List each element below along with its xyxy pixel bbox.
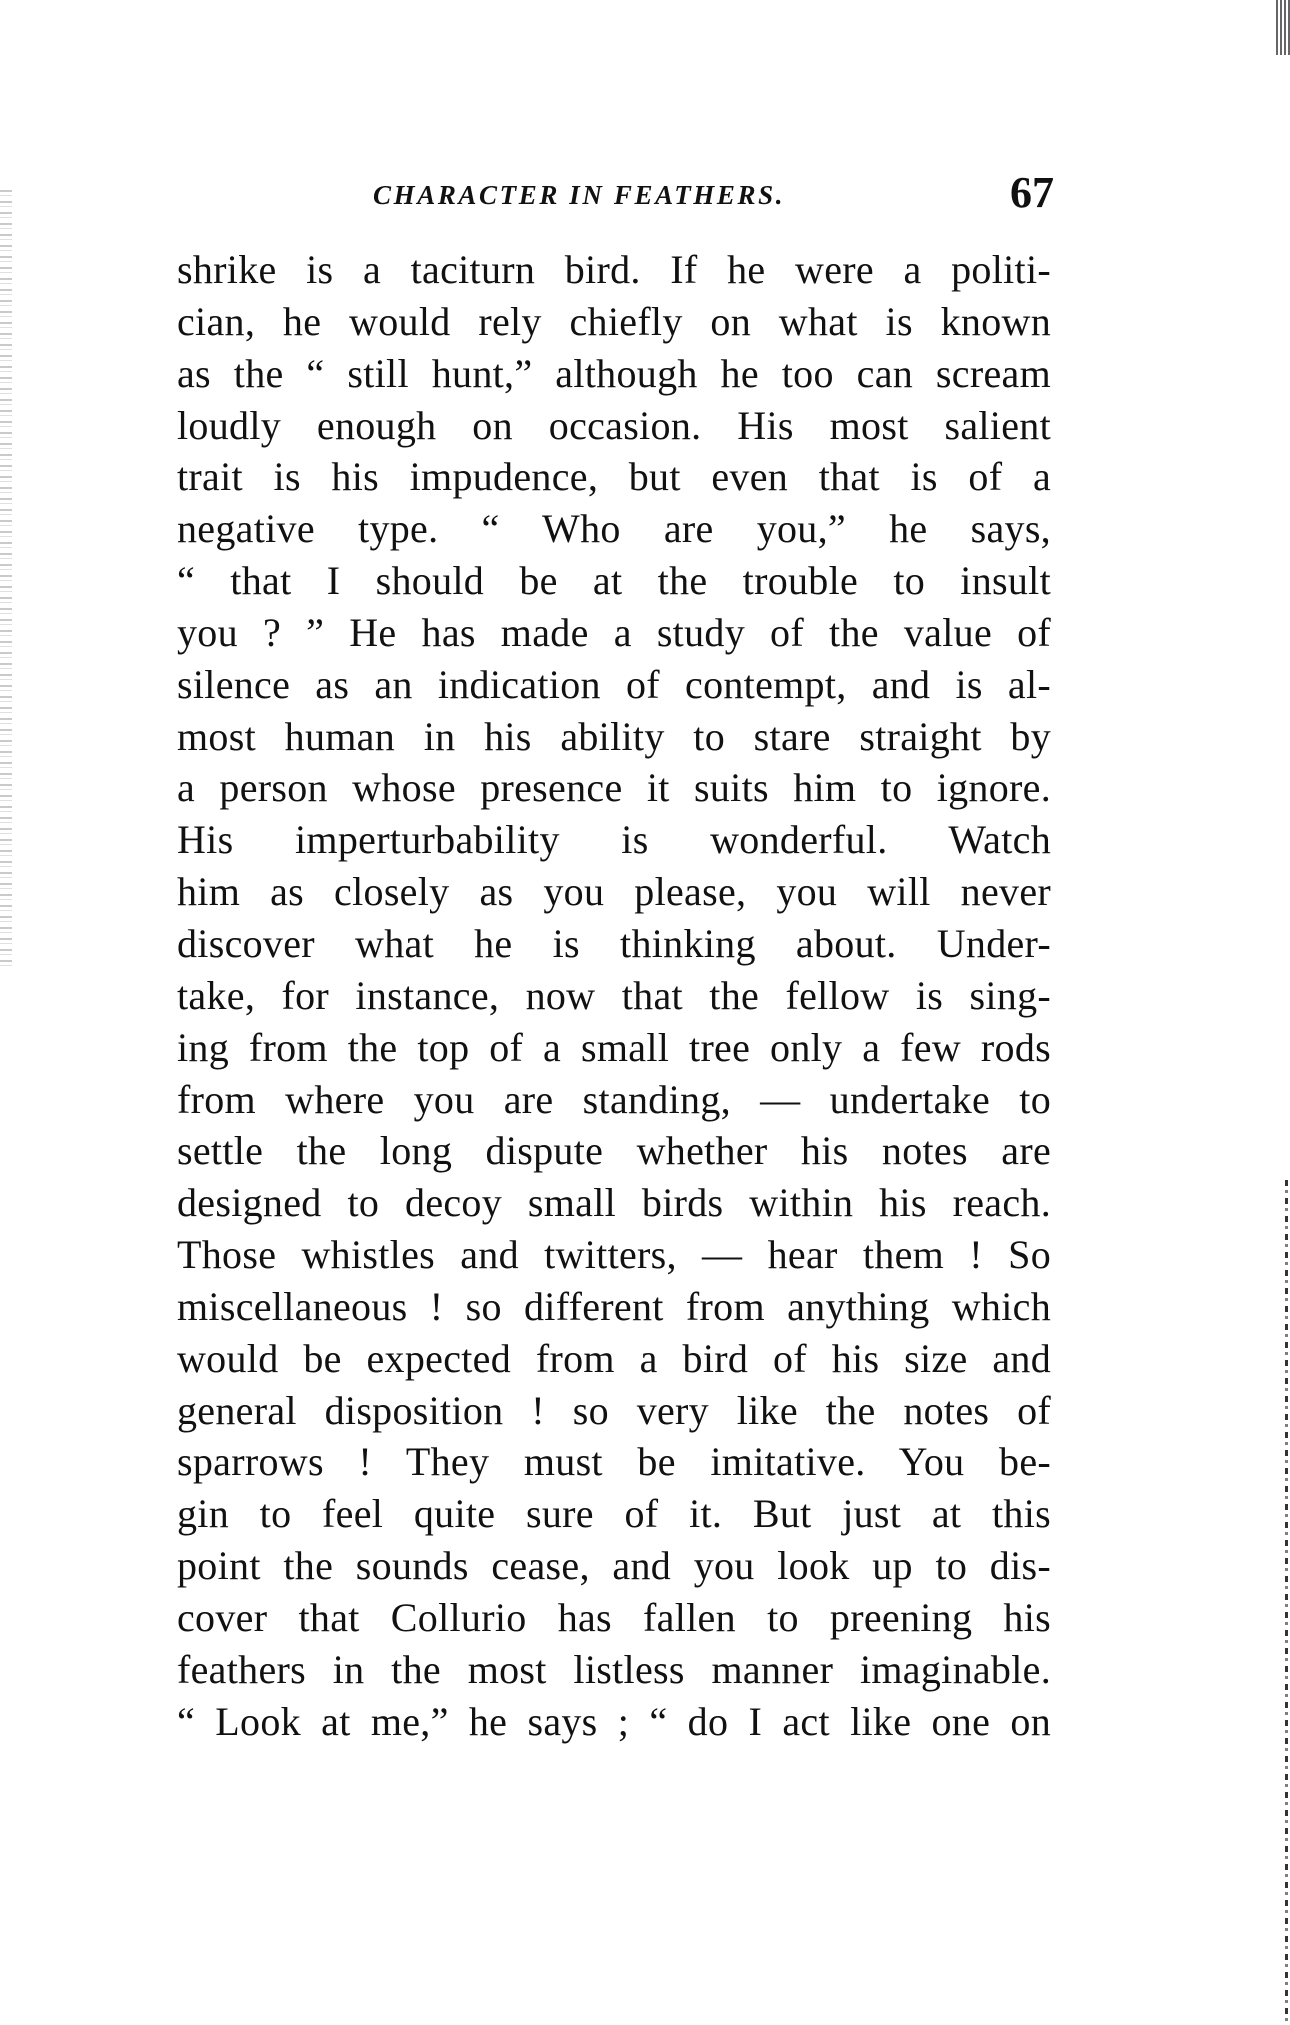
- text-line: most human in his ability to stare strai…: [177, 711, 1051, 763]
- text-line: would be expected from a bird of his siz…: [177, 1333, 1051, 1385]
- text-line: gin to feel quite sure of it. But just a…: [177, 1488, 1051, 1540]
- page-number: 67: [1004, 170, 1054, 216]
- text-line: point the sounds cease, and you look up …: [177, 1540, 1051, 1592]
- scan-edge-artifact-right: [1285, 1180, 1288, 2025]
- book-page: CHARACTER IN FEATHERS. 67 shrike is a ta…: [0, 0, 1290, 2025]
- scan-edge-artifact-top-right: [1276, 0, 1290, 55]
- text-line: loudly enough on occasion. His most sali…: [177, 400, 1051, 452]
- text-line: you ? ” He has made a study of the value…: [177, 607, 1051, 659]
- text-line: a person whose presence it suits him to …: [177, 762, 1051, 814]
- text-line: trait is his impudence, but even that is…: [177, 451, 1051, 503]
- text-line: “ Look at me,” he says ; “ do I act like…: [177, 1696, 1051, 1748]
- text-line: sparrows ! They must be imitative. You b…: [177, 1436, 1051, 1488]
- text-line: “ that I should be at the trouble to ins…: [177, 555, 1051, 607]
- text-line: settle the long dispute whether his note…: [177, 1125, 1051, 1177]
- text-line: His imperturbability is wonderful. Watch: [177, 814, 1051, 866]
- text-line: Those whistles and twitters, — hear them…: [177, 1229, 1051, 1281]
- body-text: shrike is a taciturn bird. If he were a …: [177, 244, 1051, 1747]
- scan-edge-artifact-left: [0, 190, 12, 970]
- text-line: shrike is a taciturn bird. If he were a …: [177, 244, 1051, 296]
- text-line: feathers in the most listless manner ima…: [177, 1644, 1051, 1696]
- text-line: discover what he is thinking about. Unde…: [177, 918, 1051, 970]
- text-line: miscellaneous ! so different from anythi…: [177, 1281, 1051, 1333]
- text-line: from where you are standing, — undertake…: [177, 1074, 1051, 1126]
- text-line: cian, he would rely chiefly on what is k…: [177, 296, 1051, 348]
- text-line: silence as an indication of contempt, an…: [177, 659, 1051, 711]
- text-line: take, for instance, now that the fellow …: [177, 970, 1051, 1022]
- text-line: negative type. “ Who are you,” he says,: [177, 503, 1051, 555]
- text-line: general disposition ! so very like the n…: [177, 1385, 1051, 1437]
- text-line: designed to decoy small birds within his…: [177, 1177, 1051, 1229]
- text-line: cover that Collurio has fallen to preeni…: [177, 1592, 1051, 1644]
- text-line: him as closely as you please, you will n…: [177, 866, 1051, 918]
- text-line: ing from the top of a small tree only a …: [177, 1022, 1051, 1074]
- text-line: as the “ still hunt,” although he too ca…: [177, 348, 1051, 400]
- running-head: CHARACTER IN FEATHERS.: [373, 178, 863, 212]
